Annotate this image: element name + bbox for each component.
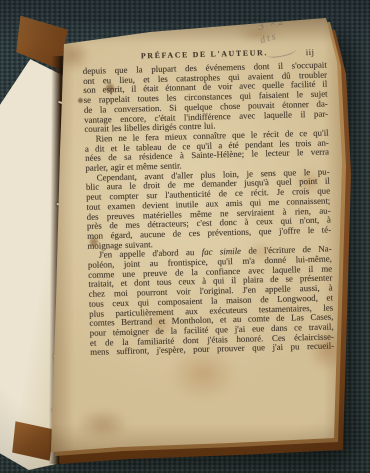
running-title: PRÉFACE DE L'AUTEUR.	[141, 48, 268, 60]
text-block: depuis que la plupart des événemens dont…	[83, 61, 335, 358]
printed-area: 3 ×2 dts PRÉFACE DE L'AUTEUR. iij depuis…	[62, 21, 335, 442]
photo-of-open-book: 3 ×2 dts PRÉFACE DE L'AUTEUR. iij depuis…	[0, 0, 370, 473]
pencil-annotation: 3 ×2	[256, 13, 286, 34]
book-page: 3 ×2 dts PRÉFACE DE L'AUTEUR. iij depuis…	[48, 16, 344, 454]
page-number: iij	[306, 47, 315, 57]
